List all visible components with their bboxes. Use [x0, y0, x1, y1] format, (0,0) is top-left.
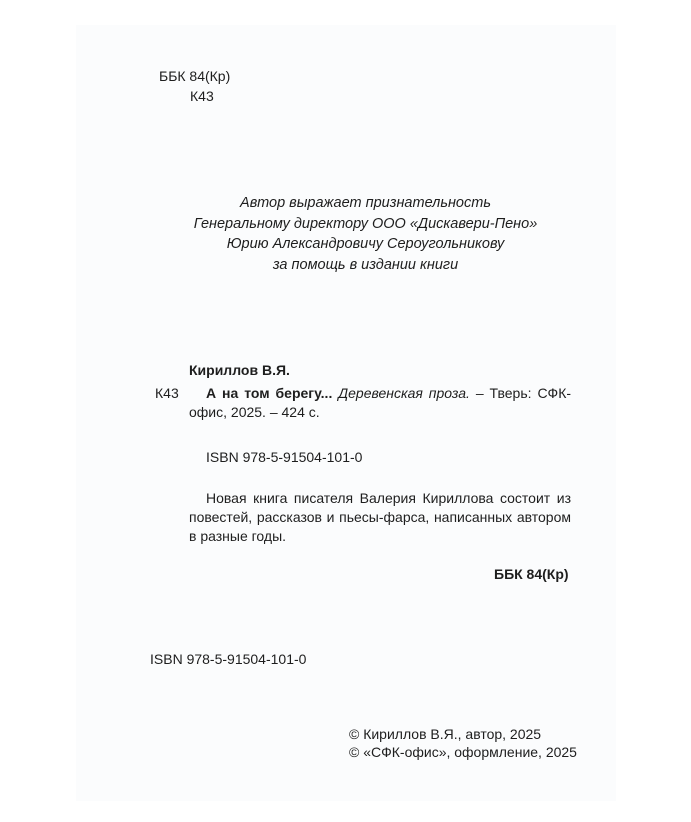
bbk-code-top: ББК 84(Кр)	[159, 67, 230, 86]
catalog-isbn: ISBN 978-5-91504-101-0	[206, 448, 362, 467]
annotation: Новая книга писателя Валерия Кириллова с…	[189, 489, 571, 546]
acknowledgement-line: Генеральному директору ООО «Дискавери-Пе…	[0, 214, 691, 235]
catalog-author-mark: К43	[155, 384, 179, 403]
acknowledgement-line: Юрию Александровичу Сероугольникову	[0, 234, 691, 255]
catalog-entry: А на том берегу... Деревенская проза. – …	[189, 384, 571, 422]
acknowledgement-line: Автор выражает признательность	[0, 193, 691, 214]
catalog-author: Кириллов В.Я.	[189, 361, 290, 380]
bbk-code-bottom: ББК 84(Кр)	[494, 565, 569, 584]
copyright-publisher: © «СФК-офис», оформление, 2025	[349, 743, 577, 762]
acknowledgement-line: за помощь в издании книги	[0, 255, 691, 276]
acknowledgement: Автор выражает признательность Генеральн…	[0, 193, 691, 275]
book-genre: Деревенская проза.	[338, 385, 470, 401]
isbn-bottom: ISBN 978-5-91504-101-0	[150, 650, 306, 669]
author-mark-top: К43	[190, 87, 214, 106]
book-title: А на том берегу...	[189, 385, 332, 401]
copyright-author: © Кириллов В.Я., автор, 2025	[349, 725, 541, 744]
